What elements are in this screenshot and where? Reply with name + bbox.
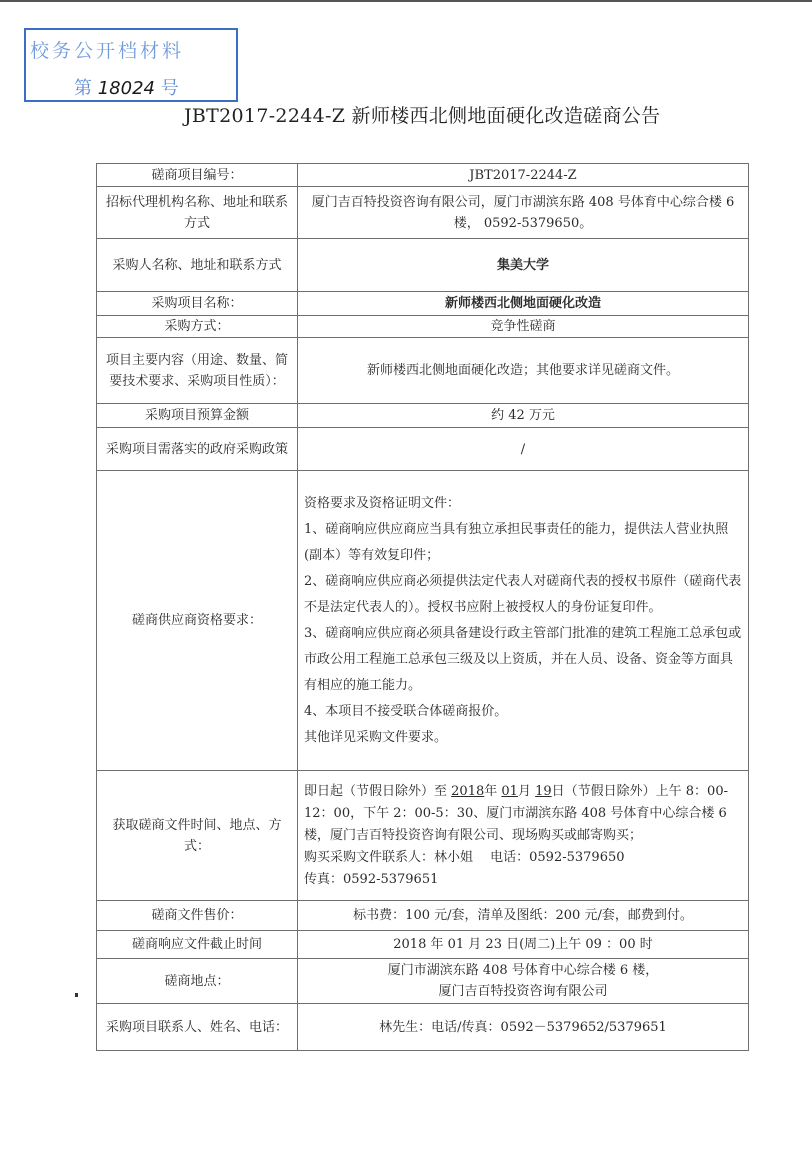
document-title: JBT2017-2244-Z 新师楼西北侧地面硬化改造磋商公告 bbox=[184, 101, 660, 128]
obtain-day: 19 bbox=[535, 784, 552, 799]
row-value: 厦门市湖滨东路 408 号体育中心综合楼 6 楼， 厦门吉百特投资咨询有限公司 bbox=[298, 959, 749, 1004]
row-value: 新师楼西北侧地面硬化改造；其他要求详见磋商文件。 bbox=[298, 338, 749, 404]
row-label: 采购项目需落实的政府采购政策 bbox=[97, 428, 298, 471]
table-row-qualifications: 磋商供应商资格要求： 资格要求及资格证明文件： 1、磋商响应供应商应当具有独立承… bbox=[97, 471, 749, 771]
table-row-agency: 招标代理机构名称、地址和联系方式 厦门吉百特投资咨询有限公司，厦门市湖滨东路 4… bbox=[97, 187, 749, 239]
location-line-1: 厦门市湖滨东路 408 号体育中心综合楼 6 楼， bbox=[304, 960, 742, 981]
qualification-item: 1、磋商响应供应商应当具有独立承担民事责任的能力，提供法人营业执照(副本）等有效… bbox=[304, 517, 742, 569]
row-label: 磋商项目编号： bbox=[97, 164, 298, 187]
row-label: 磋商供应商资格要求： bbox=[97, 471, 298, 771]
row-value: 约 42 万元 bbox=[298, 404, 749, 428]
row-label: 获取磋商文件时间、地点、方式： bbox=[97, 771, 298, 901]
stamp-number: 18024 bbox=[98, 78, 155, 99]
row-label: 项目主要内容（用途、数量、简要技术要求、采购项目性质）： bbox=[97, 338, 298, 404]
row-value: 新师楼西北侧地面硬化改造 bbox=[298, 292, 749, 316]
qualification-item: 4、本项目不接受联合体磋商报价。 bbox=[304, 699, 742, 725]
row-label: 磋商地点： bbox=[97, 959, 298, 1004]
obtain-year: 2018 bbox=[451, 784, 484, 799]
qualification-item: 资格要求及资格证明文件： bbox=[304, 491, 742, 517]
scan-top-edge bbox=[0, 0, 812, 2]
qualification-item: 2、磋商响应供应商必须提供法定代表人对磋商代表的授权书原件（磋商代表不是法定代表… bbox=[304, 569, 742, 621]
obtain-contact: 购买采购文件联系人：林小姐 电话：0592-5379650 bbox=[304, 847, 742, 869]
qualification-item: 其他详见采购文件要求。 bbox=[304, 725, 742, 751]
row-label: 采购方式： bbox=[97, 316, 298, 338]
row-label: 招标代理机构名称、地址和联系方式 bbox=[97, 187, 298, 239]
row-label: 磋商文件售价： bbox=[97, 901, 298, 931]
table-row-purchaser: 采购人名称、地址和联系方式 集美大学 bbox=[97, 239, 749, 292]
stamp-line-2: 第 18024 号 bbox=[74, 74, 179, 100]
qualification-item: 3、磋商响应供应商必须具备建设行政主管部门批准的建筑工程施工总承包或市政公用工程… bbox=[304, 621, 742, 699]
row-value: / bbox=[298, 428, 749, 471]
row-label: 采购项目预算金额 bbox=[97, 404, 298, 428]
table-row-contact: 采购项目联系人、姓名、电话： 林先生：电话/传真：0592－5379652/53… bbox=[97, 1004, 749, 1051]
table-row-obtain-docs: 获取磋商文件时间、地点、方式： 即日起（节假日除外）至 2018年 01月 19… bbox=[97, 771, 749, 901]
table-row-method: 采购方式： 竞争性磋商 bbox=[97, 316, 749, 338]
row-value: 2018 年 01 月 23 日(周二)上午 09 ：00 时 bbox=[298, 931, 749, 959]
table-row-project-number: 磋商项目编号： JBT2017-2244-Z bbox=[97, 164, 749, 187]
obtain-details: 即日起（节假日除外）至 2018年 01月 19日（节假日除外）上午 8：00-… bbox=[298, 771, 749, 901]
table-row-deadline: 磋商响应文件截止时间 2018 年 01 月 23 日(周二)上午 09 ：00… bbox=[97, 931, 749, 959]
table-row-content: 项目主要内容（用途、数量、简要技术要求、采购项目性质）： 新师楼西北侧地面硬化改… bbox=[97, 338, 749, 404]
row-label: 采购项目联系人、姓名、电话： bbox=[97, 1004, 298, 1051]
obtain-month: 01 bbox=[501, 784, 518, 799]
stamp-suffix: 号 bbox=[161, 78, 179, 99]
row-value: JBT2017-2244-Z bbox=[298, 164, 749, 187]
table-row-doc-price: 磋商文件售价： 标书费：100 元/套，清单及图纸：200 元/套，邮费到付。 bbox=[97, 901, 749, 931]
row-value: 厦门吉百特投资咨询有限公司，厦门市湖滨东路 408 号体育中心综合楼 6 楼， … bbox=[298, 187, 749, 239]
row-value: 林先生：电话/传真：0592－5379652/5379651 bbox=[298, 1004, 749, 1051]
row-value: 集美大学 bbox=[298, 239, 749, 292]
scan-speck bbox=[75, 993, 78, 997]
table-row-project-name: 采购项目名称： 新师楼西北侧地面硬化改造 bbox=[97, 292, 749, 316]
table-row-policy: 采购项目需落实的政府采购政策 / bbox=[97, 428, 749, 471]
stamp-line-1: 校务公开档材料 bbox=[30, 36, 184, 63]
row-label: 采购人名称、地址和联系方式 bbox=[97, 239, 298, 292]
archive-stamp: 校务公开档材料 第 18024 号 bbox=[24, 28, 238, 102]
obtain-schedule: 即日起（节假日除外）至 2018年 01月 19日（节假日除外）上午 8：00-… bbox=[304, 781, 742, 847]
row-label: 磋商响应文件截止时间 bbox=[97, 931, 298, 959]
obtain-fax: 传真：0592-5379651 bbox=[304, 869, 742, 891]
table-row-budget: 采购项目预算金额 约 42 万元 bbox=[97, 404, 749, 428]
table-row-location: 磋商地点： 厦门市湖滨东路 408 号体育中心综合楼 6 楼， 厦门吉百特投资咨… bbox=[97, 959, 749, 1004]
row-label: 采购项目名称： bbox=[97, 292, 298, 316]
announcement-table: 磋商项目编号： JBT2017-2244-Z 招标代理机构名称、地址和联系方式 … bbox=[96, 163, 749, 1051]
stamp-prefix: 第 bbox=[74, 78, 92, 99]
qualification-list: 资格要求及资格证明文件： 1、磋商响应供应商应当具有独立承担民事责任的能力，提供… bbox=[298, 471, 749, 771]
row-value: 竞争性磋商 bbox=[298, 316, 749, 338]
location-line-2: 厦门吉百特投资咨询有限公司 bbox=[304, 981, 742, 1002]
row-value: 标书费：100 元/套，清单及图纸：200 元/套，邮费到付。 bbox=[298, 901, 749, 931]
